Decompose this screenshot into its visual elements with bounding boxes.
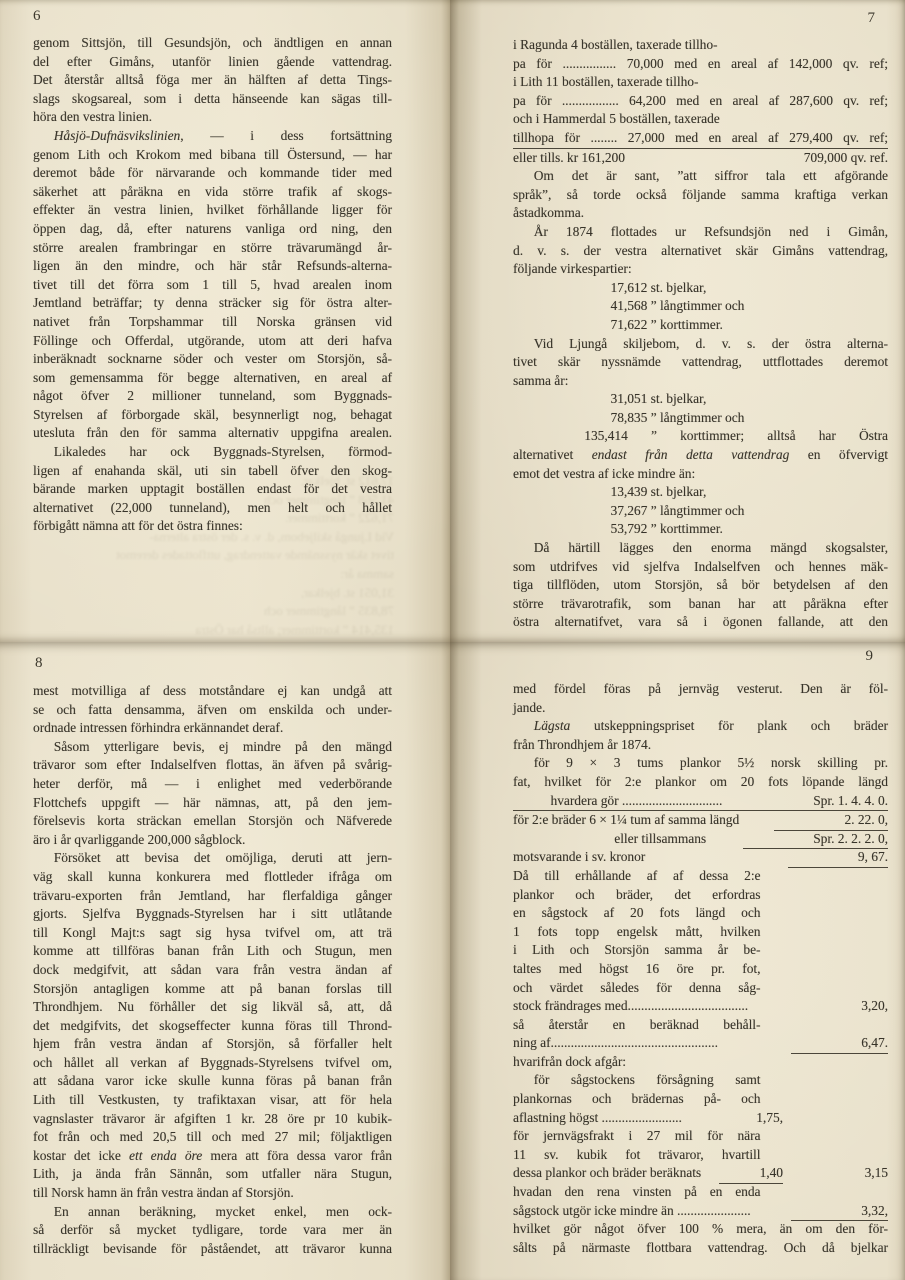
line-text: deremot både för närvarande och kommande… — [33, 164, 392, 183]
text-line: Håsjö-Dufnäsvikslinien, — i dess fortsät… — [33, 127, 392, 146]
text-line: större trävarotrafik, som banan har att … — [513, 595, 888, 614]
line-text: dessa plankor och bräder beräknats — [513, 1164, 719, 1183]
line-text: gjorts. Sjelfva Byggnads-Styrelsen har i… — [33, 905, 392, 924]
amount-inner: 1,75, — [719, 1109, 783, 1128]
text-line: 17,612 st. bjelkar, — [513, 279, 888, 298]
text-line: hvarifrån dock afgår: — [513, 1053, 888, 1072]
text-line: År 1874 flottades ur Refsundsjön ned i G… — [513, 223, 888, 242]
line-text: eller tillsammans — [513, 830, 706, 849]
bleed-through-text: 17,612 st. bjelkar,41,568 ” långtimmer o… — [36, 472, 394, 639]
line-text: större trävarotrafik, som banan har att … — [513, 595, 888, 614]
text-line: öppen dag, då, efter naturens vanliga or… — [33, 220, 392, 239]
text-line: slags skogsareal, som i detta hänseende … — [33, 90, 392, 109]
text-line: Föllinge och Offerdal, utgörande, utom a… — [33, 332, 392, 351]
line-text: ligen än den mindre, och här står Refsun… — [33, 257, 392, 276]
book-scan: { "palette":{"paper":"#eae2cc","paper_sh… — [0, 0, 905, 1280]
text-line: 71,622 ” korttimmer. — [513, 316, 888, 335]
line-text: jande. — [513, 699, 888, 718]
text-line: komme att tillföras banan från Lith och … — [33, 942, 392, 961]
line-text: för 2:e bräder 6 × 1¼ tum af samma längd — [513, 811, 739, 830]
amount-outer: 9, 67. — [788, 848, 888, 868]
line-text: och hållet all verkan af Byggnads-Styrel… — [33, 1054, 392, 1073]
line-text: och i Hammerdal 5 boställen, taxerade — [513, 110, 888, 129]
text-line: östra alternatifvet, vara så i ögonen fa… — [513, 613, 888, 632]
text-line: stock frändrages med....................… — [513, 997, 888, 1016]
text-line: Likaledes har ock Byggnads-Styrelsen, fö… — [33, 443, 392, 462]
text-line: vagnslaster trävaror är afgiften 1 kr. 2… — [33, 1110, 392, 1129]
line-text: stock frändrages med....................… — [513, 997, 761, 1016]
text-line: trävaror som efter Indalselfven flottas,… — [33, 756, 392, 775]
text-line: se och fatta densamma, äfven om enskilda… — [33, 701, 392, 720]
text-line: Lith, ja ända från Sännån, som utfaller … — [33, 1165, 392, 1184]
line-text: större arealen frambringar en större trä… — [33, 239, 392, 258]
line-text: för sågstockens försågning samt — [513, 1071, 761, 1090]
text-line: hvilket gör något öfver 100 % mera, än o… — [513, 1220, 888, 1239]
text-line: tivet skär nyssnämde vattendrag, uttflot… — [513, 353, 888, 372]
page-8: 8 mest motvilliga af dess motståndare ej… — [0, 642, 450, 1280]
line-text: slags skogsareal, som i detta hänseende … — [33, 90, 392, 109]
line-text: 37,267 ” långtimmer och — [513, 502, 888, 521]
line-text: heter derför, må — i enlighet med vederb… — [33, 775, 392, 794]
line-text: så återstår en beräknad behåll- — [513, 1016, 761, 1035]
line-text: Likaledes har ock Byggnads-Styrelsen, fö… — [33, 443, 392, 462]
text-line: 53,792 ” korttimmer. — [513, 520, 888, 539]
line-text: 13,439 st. bjelkar, — [513, 483, 888, 502]
text-line: sågstock utgör icke mindre än ..........… — [513, 1202, 888, 1221]
line-text: del efter Gimåns, utanför linien gående … — [33, 53, 392, 72]
line-text: se och fatta densamma, äfven om enskilda… — [33, 701, 392, 720]
line-text: Håsjö-Dufnäsvikslinien, — i dess fortsät… — [33, 127, 392, 146]
line-text: Försöket att bevisa det omöjliga, deruti… — [33, 849, 392, 868]
line-text: nativet från Torpshammar till Norska grä… — [33, 313, 392, 332]
text-line: 41,568 ” långtimmer och — [513, 297, 888, 316]
line-text: tivet till det förra som 1 till 5, hvad … — [33, 276, 392, 295]
text-line: hjem från vestra ändan af Storsjön, så f… — [33, 1035, 392, 1054]
line-text: säkerhet att påräkna en vida större traf… — [33, 183, 392, 202]
text-line: utesluta från den för samma alternativ u… — [33, 424, 392, 443]
text-line: heter derför, må — i enlighet med vederb… — [33, 775, 392, 794]
line-text: ning af.................................… — [513, 1034, 761, 1053]
text-line: En annan beräkning, mycket enkel, men oc… — [33, 1203, 392, 1222]
line-text: 17,612 st. bjelkar, — [513, 279, 888, 298]
page-9: 9 med fördel föras på jernväg vesterut. … — [450, 642, 905, 1280]
text-line: genom Sittsjön, till Gesundsjön, och änd… — [33, 34, 392, 53]
line-text: Lägsta utskeppningspriset för plank och … — [513, 717, 888, 736]
line-text: taltes med högst 16 öre pr. fot, — [513, 960, 761, 979]
text-line: Såsom ytterligare bevis, ej mindre på de… — [33, 738, 392, 757]
line-text: vagnslaster trävaror är afgiften 1 kr. 2… — [33, 1110, 392, 1129]
text-line: 31,051 st. bjelkar, — [513, 390, 888, 409]
text-line: 1 fots topp engelsk mått, hvilken — [513, 923, 888, 942]
page-body: genom Sittsjön, till Gesundsjön, och änd… — [33, 34, 392, 536]
text-line: i Lith 11 boställen, taxerade tillho- — [513, 73, 888, 92]
line-text: 53,792 ” korttimmer. — [513, 520, 888, 539]
text-line: tiga tillflöden, utom Storsjön, så bör b… — [513, 576, 888, 595]
page-number: 8 — [35, 655, 43, 672]
text-line: och hållet all verkan af Byggnads-Styrel… — [33, 1054, 392, 1073]
line-text: Styrelsen af förborgade skäl, besynnerli… — [33, 406, 392, 425]
text-line: för jernvägsfrakt i 27 mil för nära — [513, 1127, 888, 1146]
line-text: med fördel föras på jernväg vesterut. De… — [513, 680, 888, 699]
line-text: som utdrifves vid sjelfva Indalselfven o… — [513, 558, 888, 577]
text-line: hvardera gör ...........................… — [513, 792, 888, 812]
line-text: fot från och med 20,5 till och med 27 mi… — [33, 1128, 392, 1147]
amount-inner: 1,40 — [719, 1164, 783, 1184]
line-text: trävaror som efter Indalselfven flottas,… — [33, 756, 392, 775]
text-line: emot det vestra af icke mindre än: — [513, 465, 888, 484]
line-text: alternativet endast från detta vattendra… — [513, 446, 888, 465]
text-line: trävaru-exporten från Jemtland, har fler… — [33, 887, 392, 906]
text-line: Flottchefs uppgift — här nämnas, att, på… — [33, 794, 392, 813]
line-text: ordnade intressen förhindra erkännandet … — [33, 719, 392, 738]
text-line: åstadkomma. — [513, 204, 888, 223]
text-line: och i Hammerdal 5 boställen, taxerade — [513, 110, 888, 129]
text-line: taltes med högst 16 öre pr. fot, — [513, 960, 888, 979]
text-line: till Norsk hamn än från vestra ändan af … — [33, 1184, 392, 1203]
line-text: emot det vestra af icke mindre än: — [513, 465, 888, 484]
text-line: Då till erhållande af af dessa 2:e — [513, 867, 888, 886]
text-line: i Lith och Storsjön samma år be- — [513, 941, 888, 960]
text-line: eller tillsammansSpr. 2. 2. 2. 0, — [513, 830, 888, 849]
text-line: motsvarande i sv. kronor9, 67. — [513, 848, 888, 867]
line-text: genom Sittsjön, till Gesundsjön, och änd… — [33, 34, 392, 53]
page-number: 9 — [866, 648, 874, 665]
line-text: pa för ................. 64,200 med en a… — [513, 92, 888, 111]
text-line: språk”, så torde också följande samma kr… — [513, 186, 888, 205]
amount-outer: 2. 22. 0, — [774, 811, 888, 831]
line-text: pa för ................ 70,000 med en ar… — [513, 55, 888, 74]
text-line: Vid Ljungå skiljebom, d. v. s. der östra… — [513, 335, 888, 354]
line-text: det medgifvits, det skogseffecter kunna … — [33, 1017, 392, 1036]
line-text: aflastning högst .......................… — [513, 1109, 719, 1128]
page-number: 7 — [868, 10, 876, 27]
text-line: 11 sv. kubik fot trävaror, hvartill — [513, 1146, 888, 1165]
line-text: som gemensamma för begge alternativen, e… — [33, 369, 392, 388]
text-line: alternativet endast från detta vattendra… — [513, 446, 888, 465]
text-line: Throndhjem. Nu förhåller det sig likväl … — [33, 998, 392, 1017]
text-line: så återstår en beräknad behåll- — [513, 1016, 888, 1035]
line-text: för jernvägsfrakt i 27 mil för nära — [513, 1127, 761, 1146]
line-text: Föllinge och Offerdal, utgörande, utom a… — [33, 332, 392, 351]
text-line: äro i år qvarliggande 200,000 sågblock. — [33, 831, 392, 850]
text-line: 37,267 ” långtimmer och — [513, 502, 888, 521]
line-text: 11 sv. kubik fot trävaror, hvartill — [513, 1146, 761, 1165]
line-text: i Lith och Storsjön samma år be- — [513, 941, 761, 960]
text-line: ligen än den mindre, och här står Refsun… — [33, 257, 392, 276]
text-line: del efter Gimåns, utanför linien gående … — [33, 53, 392, 72]
line-text: öppen dag, då, efter naturens vanliga or… — [33, 220, 392, 239]
text-line: hvadan den rena vinsten på en enda — [513, 1183, 888, 1202]
line-text: äro i år qvarliggande 200,000 sågblock. — [33, 831, 392, 850]
line-text: Det återstår alltså föga mer än hälften … — [33, 71, 392, 90]
page-number: 6 — [33, 8, 41, 25]
page-6: 6 genom Sittsjön, till Gesundsjön, och ä… — [0, 0, 450, 642]
text-line: säkerhet att påräkna en vida större traf… — [33, 183, 392, 202]
text-line: i Ragunda 4 boställen, taxerade tillho- — [513, 36, 888, 55]
amount-outer: Spr. 1. 4. 4. 0. — [813, 792, 888, 811]
line-text: östra alternatifvet, vara så i ögonen fa… — [513, 613, 888, 632]
text-line: som gemensamma för begge alternativen, e… — [33, 369, 392, 388]
text-line: Om det är sant, ”att siffror tala ett af… — [513, 167, 888, 186]
text-line: tivet till det förra som 1 till 5, hvad … — [33, 276, 392, 295]
line-text: Lith, ja ända från Sännån, som utfaller … — [33, 1165, 392, 1184]
line-text: i Lith 11 boställen, taxerade tillho- — [513, 73, 888, 92]
text-line: 13,439 st. bjelkar, — [513, 483, 888, 502]
text-line: pa för ................ 70,000 med en ar… — [513, 55, 888, 74]
line-text: hvilket gör något öfver 100 % mera, än o… — [513, 1220, 888, 1239]
line-text: En annan beräkning, mycket enkel, men oc… — [33, 1203, 392, 1222]
amount-outer: 709,000 qv. ref. — [804, 149, 888, 168]
line-text: motsvarande i sv. kronor — [513, 848, 645, 867]
text-line: med fördel föras på jernväg vesterut. De… — [513, 680, 888, 699]
line-text: en sågstock af 20 fots längd och — [513, 904, 761, 923]
text-line: höra den vestra linien. — [33, 108, 392, 127]
line-text: sålts på närmaste flottbara vattendrag. … — [513, 1239, 888, 1258]
line-text: tivet skär nyssnämde vattendrag, uttflot… — [513, 353, 888, 372]
text-line: Storsjön antagligen komme att på banan f… — [33, 980, 392, 999]
text-line: nativet från Torpshammar till Norska grä… — [33, 313, 392, 332]
line-text: Såsom ytterligare bevis, ej mindre på de… — [33, 738, 392, 757]
text-line: till Kongl Majt:s sagt sig hysa tvifvel … — [33, 924, 392, 943]
page-body: med fördel föras på jernväg vesterut. De… — [513, 680, 888, 1257]
text-line: för 2:e bräder 6 × 1¼ tum af samma längd… — [513, 811, 888, 830]
text-line: jande. — [513, 699, 888, 718]
text-line: det medgifvits, det skogseffecter kunna … — [33, 1017, 392, 1036]
line-text: hvarifrån dock afgår: — [513, 1053, 888, 1072]
line-text: 71,622 ” korttimmer. — [513, 316, 888, 335]
text-line: Lith till Vestkusten, ty trafiktaxan vis… — [33, 1091, 392, 1110]
line-text: hvardera gör ...........................… — [513, 792, 722, 811]
text-line: som utdrifves vid sjelfva Indalselfven o… — [513, 558, 888, 577]
line-text: till Norsk hamn än från vestra ändan af … — [33, 1184, 392, 1203]
line-text: i Ragunda 4 boställen, taxerade tillho- — [513, 36, 888, 55]
text-line: pa för ................. 64,200 med en a… — [513, 92, 888, 111]
text-line: aflastning högst .......................… — [513, 1109, 888, 1128]
text-line: fot från och med 20,5 till och med 27 mi… — [33, 1128, 392, 1147]
page-body: mest motvilliga af dess motståndare ej k… — [33, 682, 392, 1258]
amount-outer: Spr. 2. 2. 2. 0, — [743, 830, 888, 850]
text-line: deremot både för närvarande och kommande… — [33, 164, 392, 183]
text-line: inberäknadt socknarne söder och vester o… — [33, 350, 392, 369]
text-line: Lägsta utskeppningspriset för plank och … — [513, 717, 888, 736]
text-line: Styrelsen af förborgade skäl, besynnerli… — [33, 406, 392, 425]
line-text: förelsevis korta sträckan emellan Storsj… — [33, 812, 392, 831]
text-line: sålts på närmaste flottbara vattendrag. … — [513, 1239, 888, 1258]
line-text: till Kongl Majt:s sagt sig hysa tvifvel … — [33, 924, 392, 943]
line-text: något öfver 2 millioner tunneland, som B… — [33, 387, 392, 406]
text-line: för 9 × 3 tums plankor 5½ norsk skilling… — [513, 754, 888, 773]
amount-outer: 3,15 — [865, 1164, 888, 1183]
text-line: väg skall kunna konkurera med flottleder… — [33, 868, 392, 887]
line-text: hvadan den rena vinsten på en enda — [513, 1183, 761, 1202]
line-text: Om det är sant, ”att siffror tala ett af… — [513, 167, 888, 186]
line-text: och värdet således för denna såg- — [513, 979, 761, 998]
text-line: 78,835 ” långtimmer och — [513, 409, 888, 428]
line-text: plankornas och brädernas på- och — [513, 1090, 761, 1109]
line-text: utesluta från den för samma alternativ u… — [33, 424, 392, 443]
line-text: d. v. s. der vestra alternativet skär Gi… — [513, 242, 888, 261]
line-text: tillhopa för ........ 27,000 med en area… — [513, 129, 888, 148]
text-line: fat, hvilket för 2:e plankor om 20 fots … — [513, 773, 888, 792]
line-text: Storsjön antagligen komme att på banan f… — [33, 980, 392, 999]
line-text: effekter än vestra linien, hvilket förhå… — [33, 201, 392, 220]
line-text: 78,835 ” långtimmer och — [513, 409, 888, 428]
line-text: hjem från vestra ändan af Storsjön, så f… — [33, 1035, 392, 1054]
text-line: ordnade intressen förhindra erkännandet … — [33, 719, 392, 738]
line-text: 135,414 ” korttimmer; alltså har Östra — [513, 427, 888, 446]
text-line: tillhopa för ........ 27,000 med en area… — [513, 129, 888, 149]
amount-outer: 6,47. — [791, 1034, 888, 1054]
line-text: 1 fots topp engelsk mått, hvilken — [513, 923, 761, 942]
line-text: Lith till Vestkusten, ty trafiktaxan vis… — [33, 1091, 392, 1110]
line-text: så derför så mycket tydligare, torde var… — [33, 1221, 392, 1240]
line-text: dock medgifvit, att sådan vara från vest… — [33, 961, 392, 980]
amount-outer: 3,32, — [791, 1202, 888, 1222]
line-text: från Throndhjem år 1874. — [513, 736, 888, 755]
line-text: följande virkespartier: — [513, 260, 888, 279]
line-text: kostar det icke ett enda öre mera att fö… — [33, 1147, 392, 1166]
line-text: fat, hvilket för 2:e plankor om 20 fots … — [513, 773, 888, 792]
text-line: Det återstår alltså föga mer än hälften … — [33, 71, 392, 90]
text-line: plankor och bräder, det erfordras — [513, 886, 888, 905]
line-text: sågstock utgör icke mindre än ..........… — [513, 1202, 761, 1221]
line-text: Flottchefs uppgift — här nämnas, att, på… — [33, 794, 392, 813]
text-line: mest motvilliga af dess motståndare ej k… — [33, 682, 392, 701]
line-text: trävaru-exporten från Jemtland, har fler… — [33, 887, 392, 906]
line-text: samma år: — [513, 372, 888, 391]
line-text: för 9 × 3 tums plankor 5½ norsk skilling… — [513, 754, 888, 773]
text-line: eller tills. kr 161,200709,000 qv. ref. — [513, 149, 888, 168]
line-text: åstadkomma. — [513, 204, 888, 223]
page-7: 7 i Ragunda 4 boställen, taxerade tillho… — [450, 0, 905, 642]
text-line: följande virkespartier: — [513, 260, 888, 279]
text-line: så derför så mycket tydligare, torde var… — [33, 1221, 392, 1240]
text-line: dock medgifvit, att sådan vara från vest… — [33, 961, 392, 980]
text-line: för sågstockens försågning samt — [513, 1071, 888, 1090]
text-line: 135,414 ” korttimmer; alltså har Östra — [513, 427, 888, 446]
line-text: Throndhjem. Nu förhåller det sig likväl … — [33, 998, 392, 1017]
text-line: samma år: — [513, 372, 888, 391]
text-line: och värdet således för denna såg- — [513, 979, 888, 998]
text-line: från Throndhjem år 1874. — [513, 736, 888, 755]
text-line: Jemtland beträffar; ty denna sträcker si… — [33, 294, 392, 313]
line-text: Vid Ljungå skiljebom, d. v. s. der östra… — [513, 335, 888, 354]
line-text: Jemtland beträffar; ty denna sträcker si… — [33, 294, 392, 313]
line-text: Då till erhållande af af dessa 2:e — [513, 867, 761, 886]
line-text: höra den vestra linien. — [33, 108, 392, 127]
text-line: kostar det icke ett enda öre mera att fö… — [33, 1147, 392, 1166]
text-line: Försöket att bevisa det omöjliga, deruti… — [33, 849, 392, 868]
line-text: inberäknadt socknarne söder och vester o… — [33, 350, 392, 369]
line-text: mest motvilliga af dess motståndare ej k… — [33, 682, 392, 701]
line-text: genom Lith och Krokom med bibana till Ös… — [33, 146, 392, 165]
text-line: d. v. s. der vestra alternativet skär Gi… — [513, 242, 888, 261]
line-text: språk”, så torde också följande samma kr… — [513, 186, 888, 205]
amount-outer: 3,20, — [861, 997, 888, 1016]
text-line: gjorts. Sjelfva Byggnads-Styrelsen har i… — [33, 905, 392, 924]
line-text: väg skall kunna konkurera med flottleder… — [33, 868, 392, 887]
text-line: något öfver 2 millioner tunneland, som B… — [33, 387, 392, 406]
line-text: att sådana varor icke skulle kunna föras… — [33, 1072, 392, 1091]
text-line: tillräckligt bevisande för påståendet, a… — [33, 1240, 392, 1259]
line-text: 41,568 ” långtimmer och — [513, 297, 888, 316]
text-line: ning af.................................… — [513, 1034, 888, 1053]
line-text: 31,051 st. bjelkar, — [513, 390, 888, 409]
text-line: plankornas och brädernas på- och — [513, 1090, 888, 1109]
text-line: dessa plankor och bräder beräknats1,403,… — [513, 1164, 888, 1183]
line-text: tiga tillflöden, utom Storsjön, så bör b… — [513, 576, 888, 595]
text-line: effekter än vestra linien, hvilket förhå… — [33, 201, 392, 220]
line-text: komme att tillföras banan från Lith och … — [33, 942, 392, 961]
text-line: att sådana varor icke skulle kunna föras… — [33, 1072, 392, 1091]
text-line: genom Lith och Krokom med bibana till Ös… — [33, 146, 392, 165]
line-text: År 1874 flottades ur Refsundsjön ned i G… — [513, 223, 888, 242]
page-body: i Ragunda 4 boställen, taxerade tillho-p… — [513, 36, 888, 632]
line-text: plankor och bräder, det erfordras — [513, 886, 761, 905]
text-line: förelsevis korta sträckan emellan Storsj… — [33, 812, 392, 831]
line-text: tillräckligt bevisande för påståendet, a… — [33, 1240, 392, 1259]
text-line: en sågstock af 20 fots längd och — [513, 904, 888, 923]
text-line: Då härtill lägges den enorma mängd skogs… — [513, 539, 888, 558]
text-line: större arealen frambringar en större trä… — [33, 239, 392, 258]
line-text: Då härtill lägges den enorma mängd skogs… — [513, 539, 888, 558]
line-text: eller tills. kr 161,200 — [513, 149, 625, 168]
